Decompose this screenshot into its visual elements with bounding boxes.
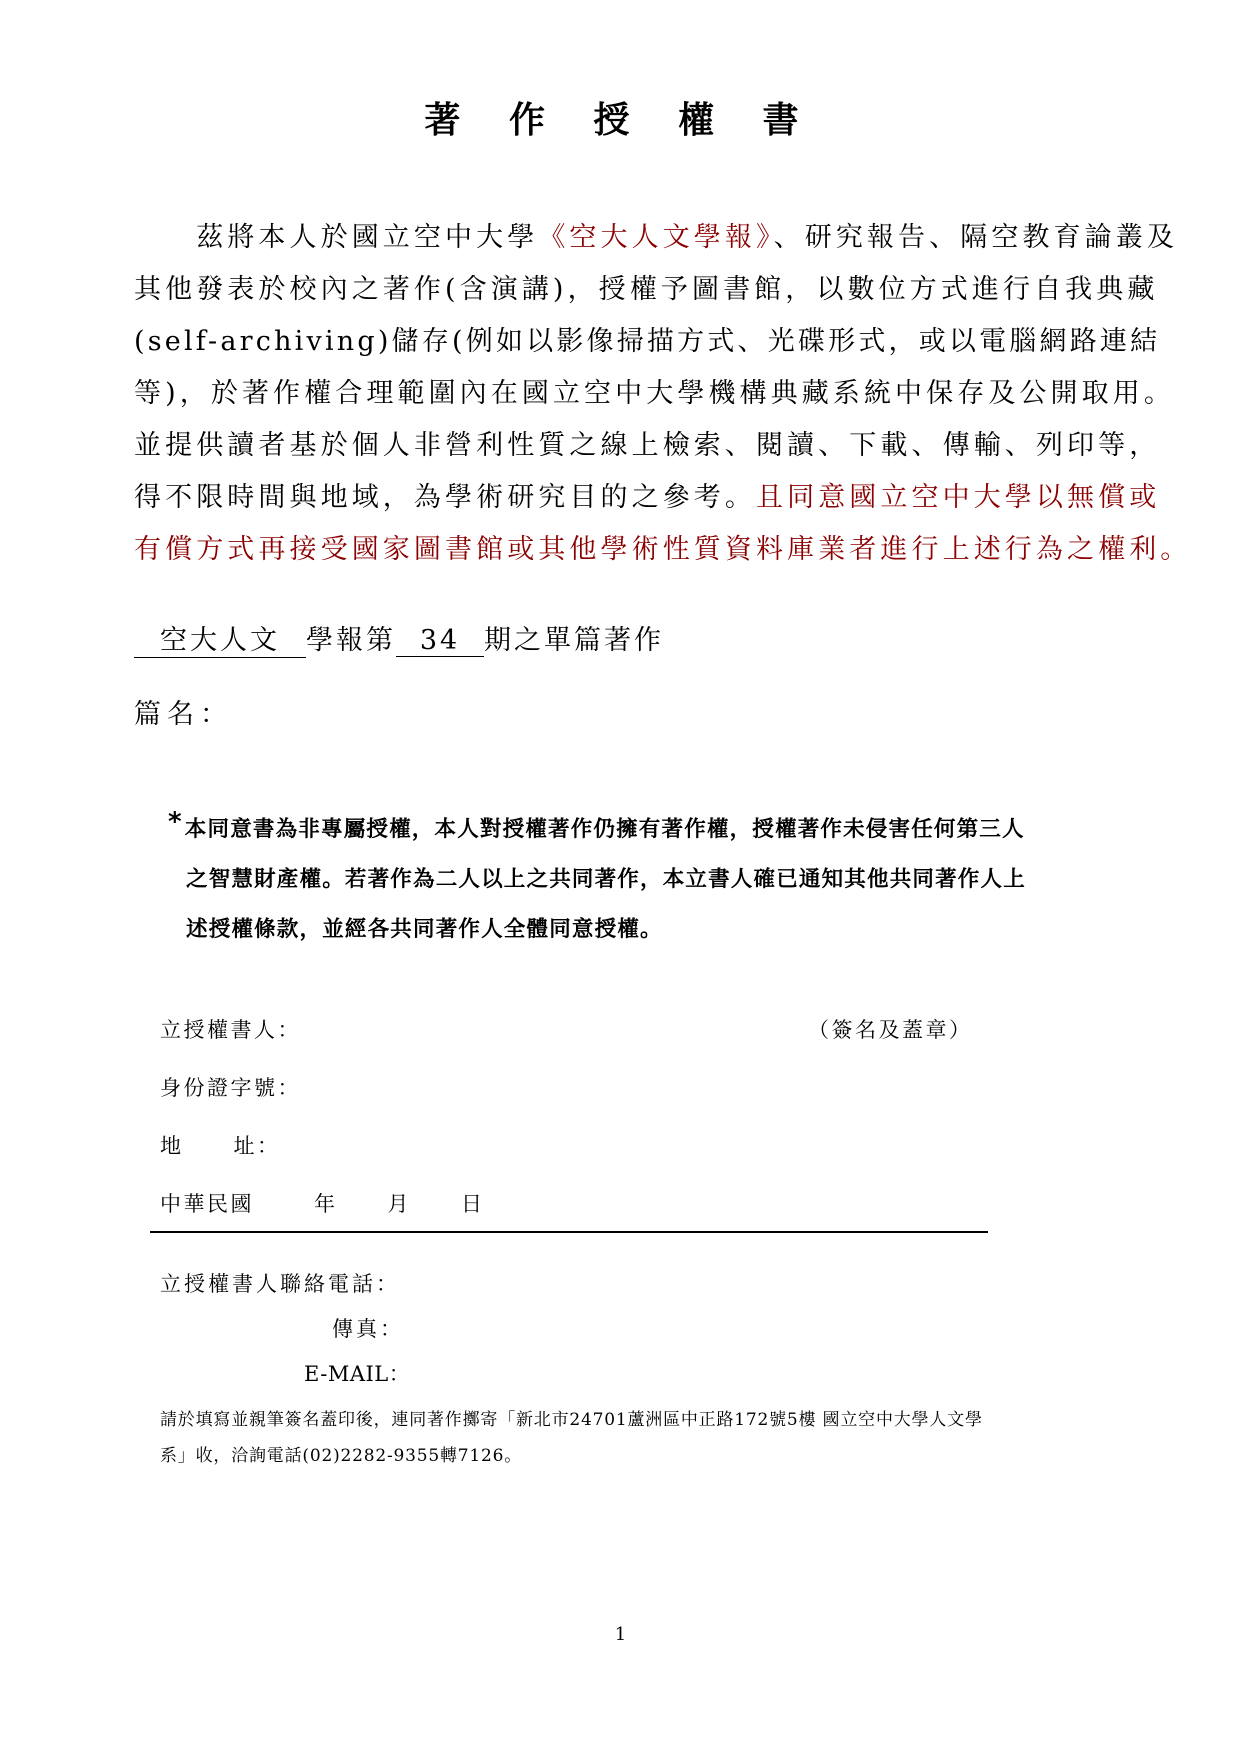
asterisk-mark: * (168, 807, 183, 837)
paragraph-line-3: (self-archiving)儲存(例如以影像掃描方式、光碟形式，或以電腦網路… (134, 322, 1160, 362)
issue-line-text-end: 期之單篇著作 (484, 625, 664, 656)
paragraph-text: 等)，於著作權合理範圍內在國立空中大學機構典藏系統中保存及公開取用。 (134, 378, 1175, 409)
address-row: 地址： (160, 1130, 281, 1160)
issue-line: 空大人文學報第34期之單篇著作 (134, 618, 664, 658)
date-era-label: 中華民國 (160, 1192, 254, 1216)
journal-name-field[interactable]: 空大人文 (134, 618, 306, 658)
paragraph-text: (self-archiving)儲存(例如以影像掃描方式、光碟形式，或以電腦網路… (134, 326, 1160, 357)
sign-and-seal-hint: （簽名及蓋章） (808, 1014, 973, 1044)
date-row: 中華民國年月日 (160, 1188, 485, 1218)
journal-title-highlight: 《空大人文學報》 (538, 222, 773, 253)
paragraph-line-1: 茲將本人於國立空中大學《空大人文學報》、研究報告、隔空教育論叢及 (134, 218, 1178, 258)
paragraph-line-6: 得不限時間與地域，為學術研究目的之參考。且同意國立空中大學以無償或 (134, 478, 1160, 518)
consent-highlight: 且同意國立空中大學以無償或 (756, 482, 1160, 513)
paragraph-line-4: 等)，於著作權合理範圍內在國立空中大學機構典藏系統中保存及公開取用。 (134, 374, 1175, 414)
paragraph-line-7: 有償方式再接受國家圖書館或其他學術性質資料庫業者進行上述行為之權利。 (134, 530, 1191, 570)
id-number-label: 身份證字號： (160, 1076, 301, 1100)
paragraph-text: 茲將本人於國立空中大學 (134, 222, 538, 253)
note-line-1: *本同意書為非專屬授權，本人對授權著作仍擁有著作權，授權著作未侵害任何第三人 (168, 812, 1025, 843)
month-label: 月 (388, 1192, 412, 1216)
article-title-row: 篇名： (134, 692, 233, 731)
email-label: E-MAIL： (304, 1362, 410, 1386)
issue-line-text: 學報第 (306, 625, 396, 656)
fax-row: 傳真： (332, 1313, 404, 1343)
divider-line (150, 1231, 988, 1233)
phone-label: 立授權書人聯絡電話： (160, 1272, 400, 1296)
footnote-line-2: 系」收，洽詢電話(02)2282-9355轉7126。 (160, 1441, 522, 1466)
year-label: 年 (314, 1192, 338, 1216)
document-title: 著 作 授 權 書 (0, 92, 1241, 143)
day-label: 日 (461, 1192, 485, 1216)
note-line-3: 述授權條款，並經各共同著作人全體同意授權。 (186, 912, 663, 943)
fax-label: 傳真： (332, 1317, 404, 1341)
footnote-line-1: 請於填寫並親筆簽名蓋印後，連同著作擲寄「新北市24701蘆洲區中正路172號5樓… (160, 1405, 983, 1430)
note-line-2: 之智慧財產權。若著作為二人以上之共同著作，本立書人確已通知其他共同著作人上 (186, 862, 1026, 893)
paragraph-line-2: 其他發表於校內之著作(含演講)，授權予圖書館，以數位方式進行自我典藏 (134, 270, 1158, 310)
grantor-label: 立授權書人： (160, 1018, 301, 1042)
paragraph-text: 其他發表於校內之著作(含演講)，授權予圖書館，以數位方式進行自我典藏 (134, 274, 1158, 305)
email-row: E-MAIL： (304, 1358, 410, 1388)
address-label: 地 (160, 1134, 184, 1158)
page-number: 1 (0, 1624, 1241, 1645)
paragraph-line-5: 並提供讀者基於個人非營利性質之線上檢索、閱讀、下載、傳輸、列印等， (134, 426, 1160, 466)
id-number-row: 身份證字號： (160, 1072, 301, 1102)
phone-row: 立授權書人聯絡電話： (160, 1268, 400, 1298)
grantor-row: 立授權書人： (160, 1014, 301, 1044)
paragraph-text: 得不限時間與地域，為學術研究目的之參考。 (134, 482, 756, 513)
paragraph-text: 、研究報告、隔空教育論叢及 (774, 222, 1178, 253)
address-label: 址： (234, 1134, 281, 1158)
issue-number-field[interactable]: 34 (396, 625, 484, 657)
note-text: 述授權條款，並經各共同著作人全體同意授權。 (186, 917, 663, 942)
paragraph-text: 並提供讀者基於個人非營利性質之線上檢索、閱讀、下載、傳輸、列印等， (134, 430, 1160, 461)
article-title-label: 篇名： (134, 699, 233, 730)
note-text: 之智慧財產權。若著作為二人以上之共同著作，本立書人確已通知其他共同著作人上 (186, 867, 1026, 892)
note-text: 本同意書為非專屬授權，本人對授權著作仍擁有著作權，授權著作未侵害任何第三人 (185, 817, 1025, 842)
consent-highlight: 有償方式再接受國家圖書館或其他學術性質資料庫業者進行上述行為之權利。 (134, 534, 1191, 565)
